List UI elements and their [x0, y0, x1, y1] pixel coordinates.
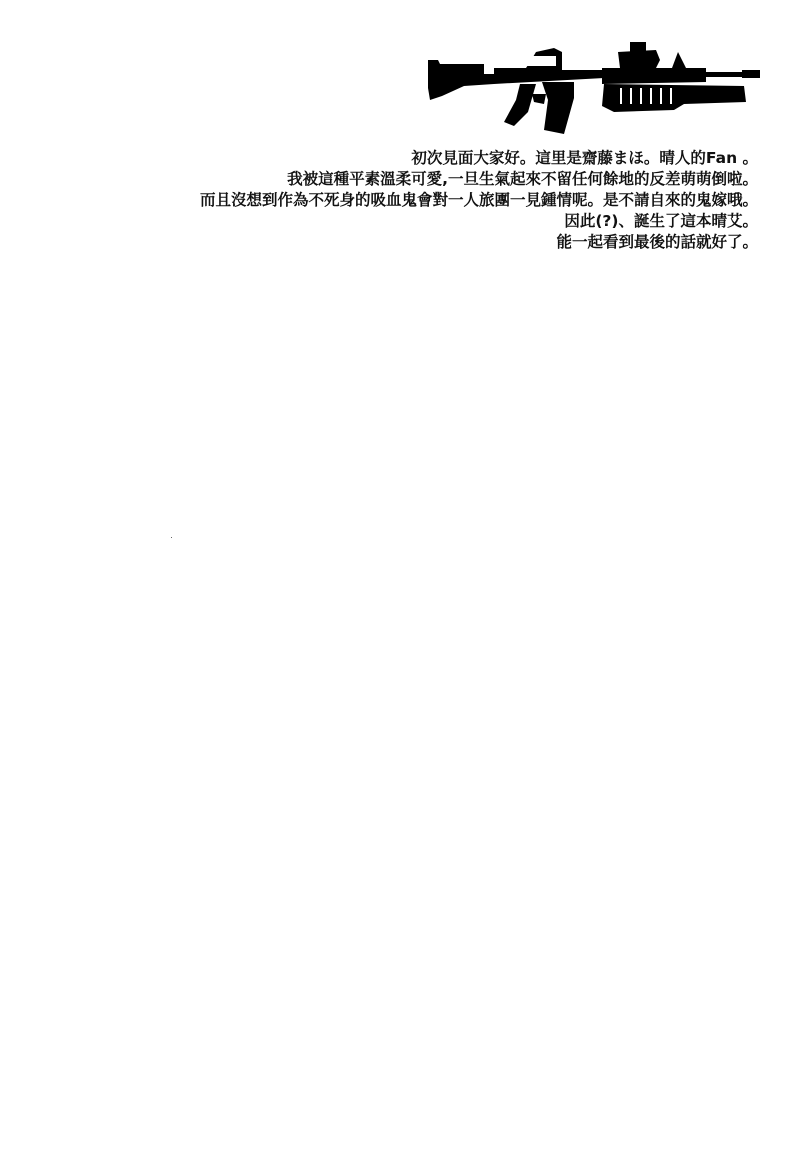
- speck: [171, 537, 172, 538]
- intro-message: 初次見面大家好。這里是齋藤まほ。晴人的Fan 。 我被這種平素溫柔可愛,一旦生氣…: [200, 148, 758, 253]
- rifle-silhouette-icon: [424, 38, 764, 138]
- message-line-3: 而且沒想到作為不死身的吸血鬼會對一人旅團一見鍾情呢。是不請自來的鬼嫁哦。: [200, 190, 758, 211]
- message-line-2: 我被這種平素溫柔可愛,一旦生氣起來不留任何餘地的反差萌萌倒啦。: [200, 169, 758, 190]
- message-line-5: 能一起看到最後的話就好了。: [200, 232, 758, 253]
- message-line-4: 因此(?)、誕生了這本晴艾。: [200, 211, 758, 232]
- message-line-1: 初次見面大家好。這里是齋藤まほ。晴人的Fan 。: [200, 148, 758, 169]
